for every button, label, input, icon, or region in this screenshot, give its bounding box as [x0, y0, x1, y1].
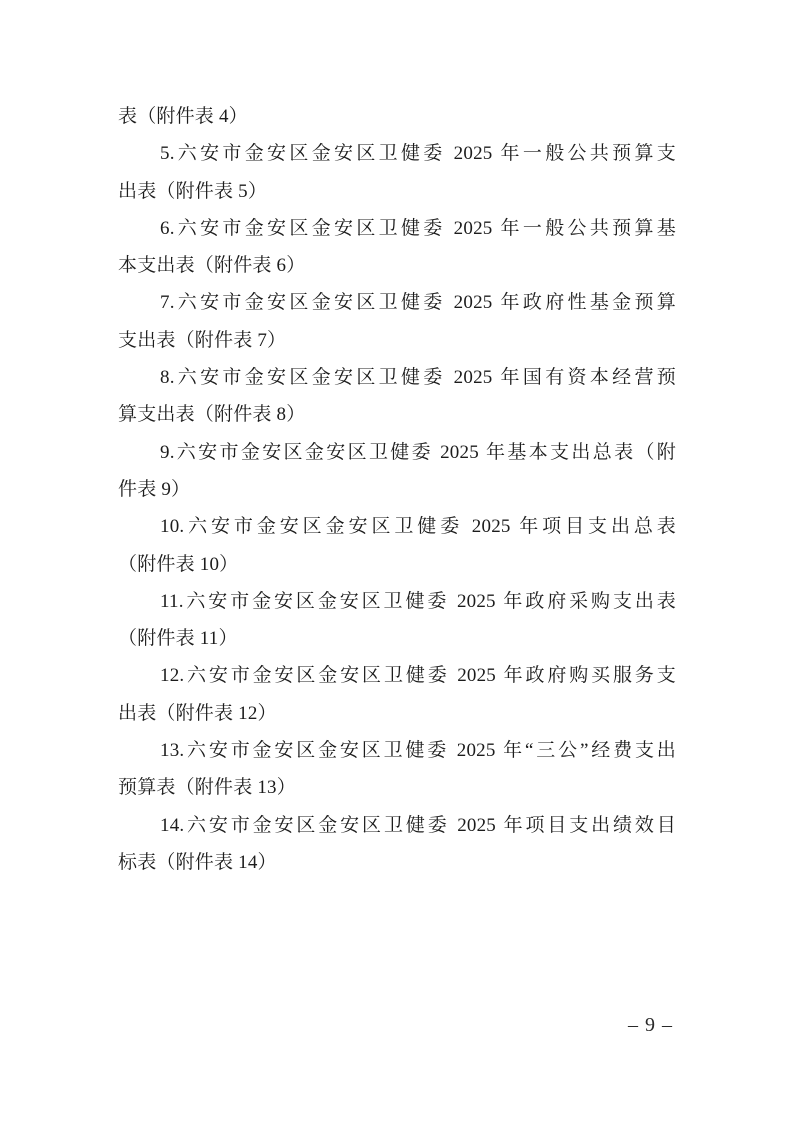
text-line: 10.六安市金安区金安区卫健委 2025 年项目支出总表 — [118, 508, 676, 545]
text-line: 8.六安市金安区金安区卫健委 2025 年国有资本经营预 — [118, 359, 676, 396]
text-line: 12.六安市金安区金安区卫健委 2025 年政府购买服务支 — [118, 657, 676, 694]
text-line: 本支出表（附件表 6） — [118, 247, 676, 284]
text-line: 6.六安市金安区金安区卫健委 2025 年一般公共预算基 — [118, 210, 676, 247]
text-line: 14.六安市金安区金安区卫健委 2025 年项目支出绩效目 — [118, 807, 676, 844]
text-line: 11.六安市金安区金安区卫健委 2025 年政府采购支出表 — [118, 583, 676, 620]
text-line: 预算表（附件表 13） — [118, 769, 676, 806]
text-line: 件表 9） — [118, 471, 676, 508]
document-page: 表（附件表 4） 5.六安市金安区金安区卫健委 2025 年一般公共预算支 出表… — [0, 0, 794, 1122]
text-line: 出表（附件表 5） — [118, 173, 676, 210]
text-line: 13.六安市金安区金安区卫健委 2025 年“三公”经费支出 — [118, 732, 676, 769]
text-line: 支出表（附件表 7） — [118, 322, 676, 359]
text-line: 表（附件表 4） — [118, 98, 676, 135]
text-line: 5.六安市金安区金安区卫健委 2025 年一般公共预算支 — [118, 135, 676, 172]
text-line: 出表（附件表 12） — [118, 695, 676, 732]
attachment-table-list: 表（附件表 4） 5.六安市金安区金安区卫健委 2025 年一般公共预算支 出表… — [118, 98, 676, 881]
text-line: 7.六安市金安区金安区卫健委 2025 年政府性基金预算 — [118, 284, 676, 321]
text-line: 9.六安市金安区金安区卫健委 2025 年基本支出总表（附 — [118, 434, 676, 471]
text-line: （附件表 11） — [118, 620, 676, 657]
text-line: （附件表 10） — [118, 546, 676, 583]
text-line: 标表（附件表 14） — [118, 844, 676, 881]
text-line: 算支出表（附件表 8） — [118, 396, 676, 433]
page-number: – 9 – — [628, 1014, 673, 1037]
